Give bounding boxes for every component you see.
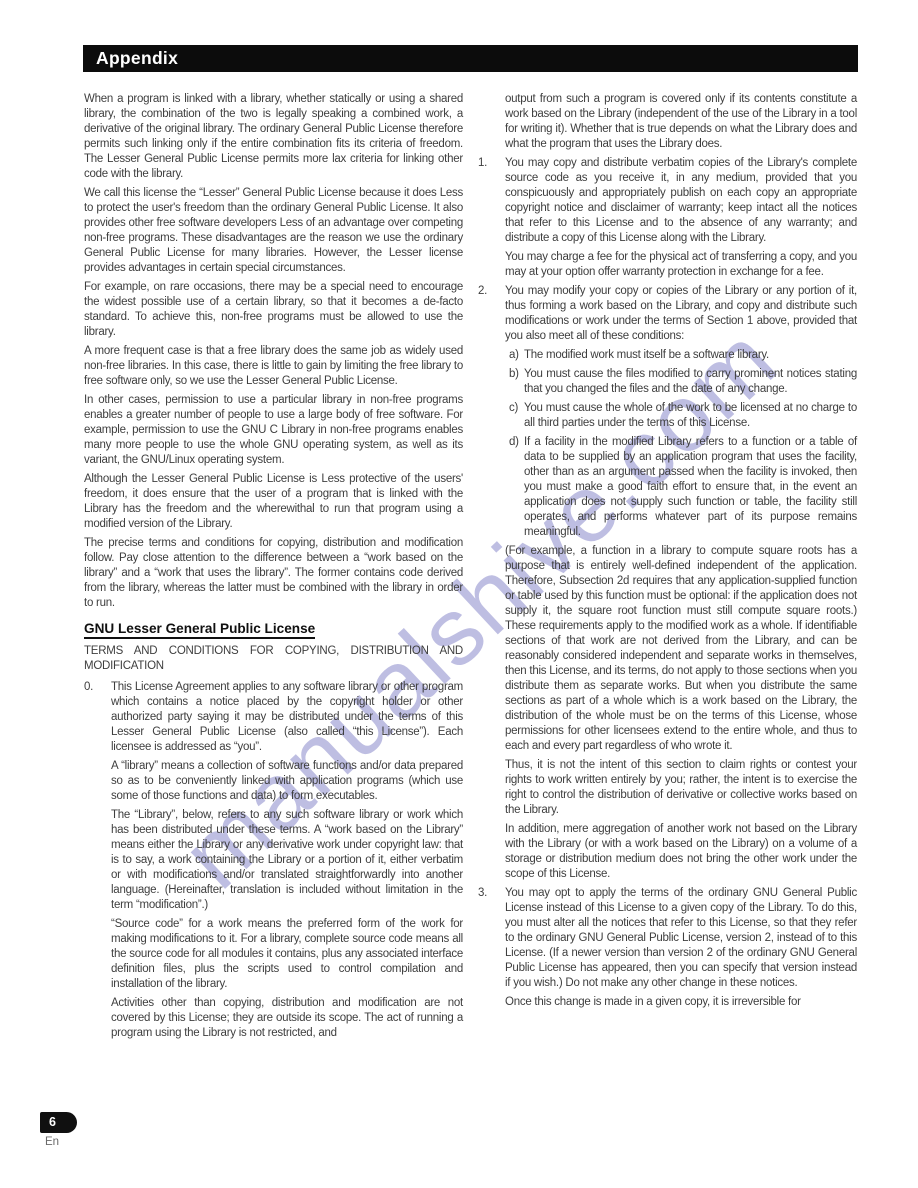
appendix-header-bar: Appendix [83, 45, 858, 72]
item-number: 0. [84, 680, 93, 695]
item-paragraph: You may charge a fee for the physical ac… [505, 250, 857, 280]
item-paragraph: Thus, it is not the intent of this secti… [505, 758, 857, 818]
page-title: Appendix [83, 45, 858, 72]
paragraph: A more frequent case is that a free libr… [84, 344, 463, 389]
subitem-letter: c) [509, 401, 518, 416]
paragraph: We call this license the “Lesser” Genera… [84, 186, 463, 276]
item-text: You may opt to apply the terms of the or… [505, 887, 857, 989]
item-paragraph: Activities other than copying, distribut… [111, 996, 463, 1041]
item-paragraph: “Source code” for a work means the prefe… [111, 917, 463, 992]
item-paragraph: Once this change is made in a given copy… [505, 995, 857, 1010]
paragraph: When a program is linked with a library,… [84, 92, 463, 182]
item-paragraph: (For example, a function in a library to… [505, 544, 857, 754]
item-text: The modified work must itself be a softw… [524, 349, 769, 361]
paragraph: Although the Lesser General Public Licen… [84, 472, 463, 532]
item-text: You may copy and distribute verbatim cop… [505, 157, 857, 244]
item-text: You may modify your copy or copies of th… [505, 285, 857, 342]
paragraph: The precise terms and conditions for cop… [84, 536, 463, 611]
numbered-item: 1.You may copy and distribute verbatim c… [478, 156, 857, 246]
numbered-item: 0.This License Agreement applies to any … [84, 680, 463, 755]
paragraph: For example, on rare occasions, there ma… [84, 280, 463, 340]
lettered-subitem: a)The modified work must itself be a sof… [509, 348, 857, 363]
section-subheading: TERMS AND CONDITIONS FOR COPYING, DISTRI… [84, 644, 463, 674]
item-text: If a facility in the modified Library re… [524, 436, 857, 538]
lettered-subitem: d)If a facility in the modified Library … [509, 435, 857, 540]
paragraph: In other cases, permission to use a part… [84, 393, 463, 468]
section-heading: GNU Lesser General Public License [84, 621, 315, 639]
item-paragraph: In addition, mere aggregation of another… [505, 822, 857, 882]
item-text: You must cause the whole of the work to … [524, 402, 857, 429]
right-column: output from such a program is covered on… [478, 92, 857, 1014]
item-number: 1. [478, 156, 487, 171]
item-paragraph: A “library” means a collection of softwa… [111, 759, 463, 804]
left-column: When a program is linked with a library,… [84, 92, 463, 1045]
numbered-item: 3.You may opt to apply the terms of the … [478, 886, 857, 991]
subitem-letter: b) [509, 367, 519, 382]
item-number: 2. [478, 284, 487, 299]
lettered-subitem: b)You must cause the files modified to c… [509, 367, 857, 397]
subitem-letter: d) [509, 435, 519, 450]
item-number: 3. [478, 886, 487, 901]
lettered-subitem: c)You must cause the whole of the work t… [509, 401, 857, 431]
page-number: 6 [49, 1115, 56, 1129]
item-paragraph: output from such a program is covered on… [505, 92, 857, 152]
page-number-badge: 6 [40, 1112, 77, 1133]
numbered-item: 2.You may modify your copy or copies of … [478, 284, 857, 344]
item-paragraph: The “Library”, below, refers to any such… [111, 808, 463, 913]
item-text: You must cause the files modified to car… [524, 368, 857, 395]
subitem-letter: a) [509, 348, 519, 363]
manual-page: Appendix manualshive.com When a program … [0, 0, 918, 1188]
page-language: En [45, 1136, 59, 1148]
item-text: This License Agreement applies to any so… [111, 681, 463, 753]
